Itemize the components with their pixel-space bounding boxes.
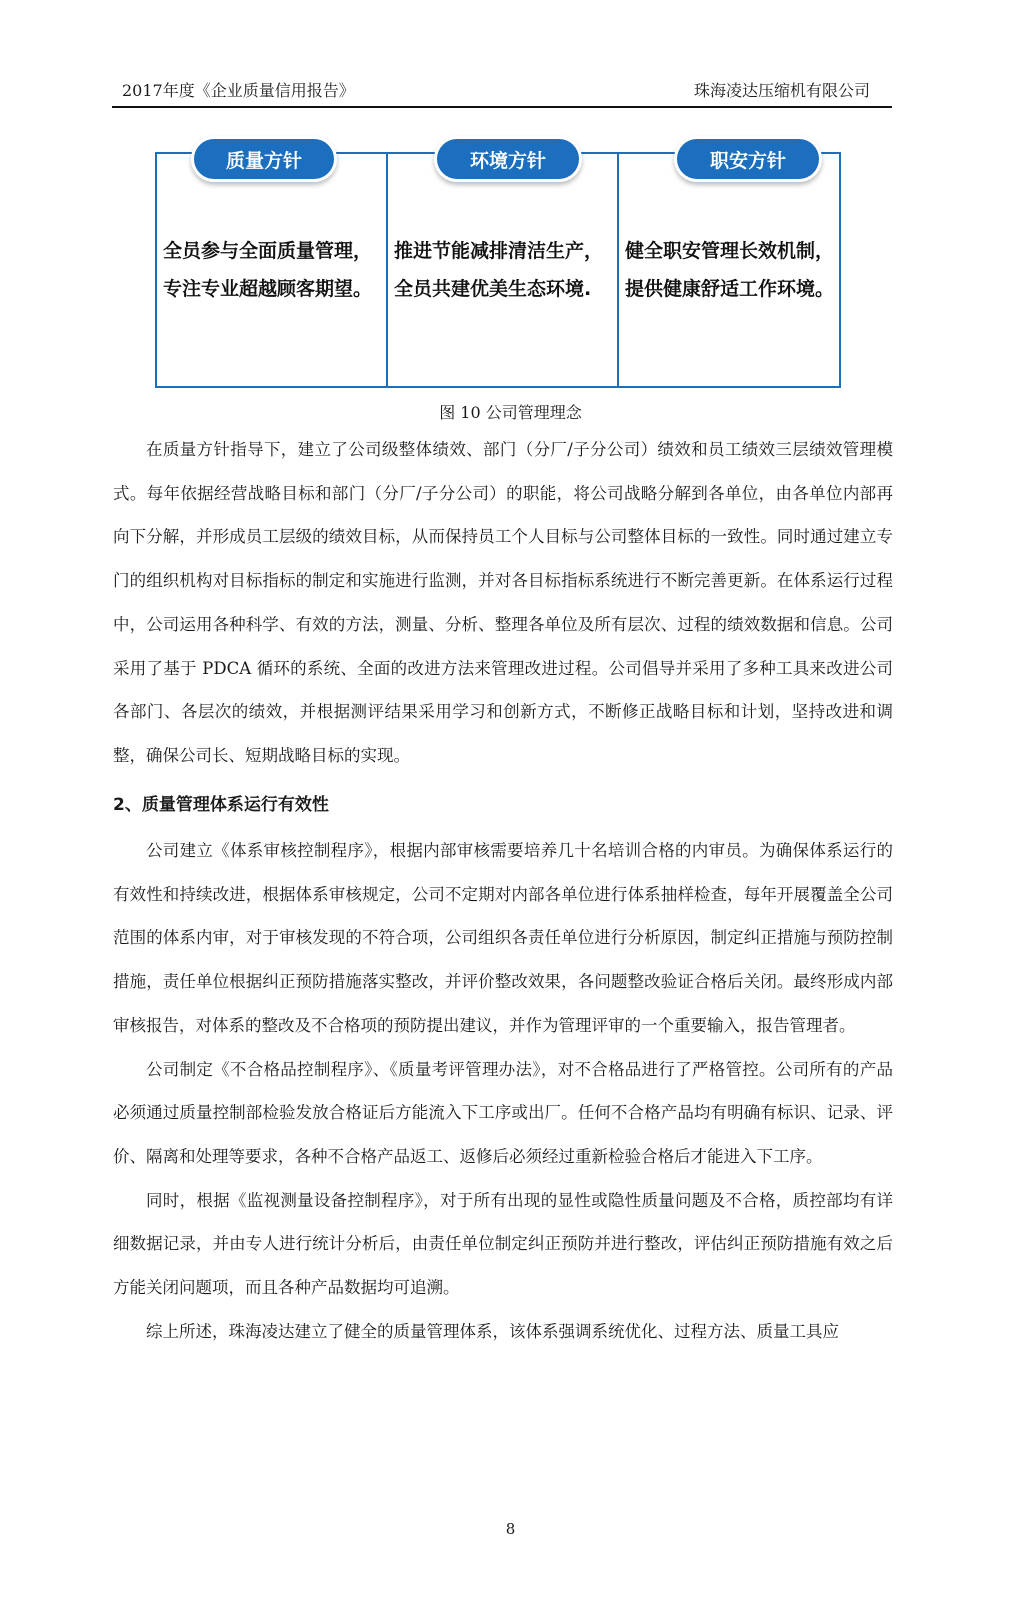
environment-policy-badge: 环境方针 xyxy=(434,136,582,182)
body-section-top: 在质量方针指导下，建立了公司级整体绩效、部门（分厂/子分公司）绩效和员工绩效三层… xyxy=(113,428,893,778)
page-header: 2017年度《企业质量信用报告》 珠海凌达压缩机有限公司 xyxy=(112,78,892,108)
environment-policy-text: 推进节能减排清洁生产， 全员共建优美生态环境. xyxy=(394,232,617,308)
paragraph: 同时，根据《监视测量设备控制程序》，对于所有出现的显性或隐性质量问题及不合格，质… xyxy=(113,1179,893,1310)
paragraph: 在质量方针指导下，建立了公司级整体绩效、部门（分厂/子分公司）绩效和员工绩效三层… xyxy=(113,428,893,778)
quality-policy-badge: 质量方针 xyxy=(191,136,337,182)
report-title: 2017年度《企业质量信用报告》 xyxy=(122,78,355,104)
panel-line: 专注专业超越顾客期望。 xyxy=(163,270,386,308)
panel-line: 提供健康舒适工作环境。 xyxy=(625,270,839,308)
paragraph: 公司制定《不合格品控制程序》、《质量考评管理办法》，对不合格品进行了严格管控。公… xyxy=(113,1048,893,1179)
safety-policy-badge: 职安方针 xyxy=(674,136,822,182)
quality-policy-text: 全员参与全面质量管理， 专注专业超越顾客期望。 xyxy=(163,232,386,308)
panel-line: 全员共建优美生态环境. xyxy=(394,270,617,308)
paragraph: 综上所述，珠海凌达建立了健全的质量管理体系，该体系强调系统优化、过程方法、质量工… xyxy=(113,1310,893,1354)
safety-policy-panel: 职安方针 健全职安管理长效机制， 提供健康舒适工作环境。 xyxy=(617,152,841,388)
page-number: 8 xyxy=(0,1520,1021,1538)
panel-line: 全员参与全面质量管理， xyxy=(163,232,386,270)
body-section-bottom: 公司建立《体系审核控制程序》，根据内部审核需要培养几十名培训合格的内审员。为确保… xyxy=(113,829,893,1353)
environment-policy-panel: 环境方针 推进节能减排清洁生产， 全员共建优美生态环境. xyxy=(386,152,619,388)
section-heading: 2、质量管理体系运行有效性 xyxy=(113,790,329,815)
paragraph: 公司建立《体系审核控制程序》，根据内部审核需要培养几十名培训合格的内审员。为确保… xyxy=(113,829,893,1048)
panel-line: 健全职安管理长效机制， xyxy=(625,232,839,270)
company-name: 珠海凌达压缩机有限公司 xyxy=(694,78,870,104)
quality-policy-panel: 质量方针 全员参与全面质量管理， 专注专业超越顾客期望。 xyxy=(155,152,388,388)
figure-caption: 图 10 公司管理理念 xyxy=(0,400,1021,423)
safety-policy-text: 健全职安管理长效机制， 提供健康舒适工作环境。 xyxy=(625,232,839,308)
panel-line: 推进节能减排清洁生产， xyxy=(394,232,617,270)
management-philosophy-figure: 质量方针 全员参与全面质量管理， 专注专业超越顾客期望。 环境方针 推进节能减排… xyxy=(155,152,841,390)
